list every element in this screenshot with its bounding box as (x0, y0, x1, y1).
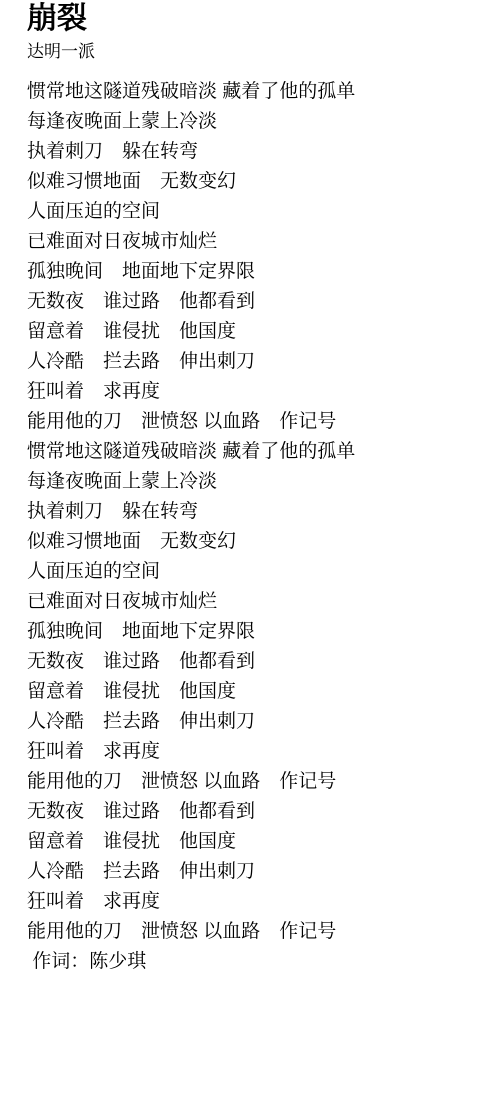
lyric-line: 惯常地这隧道残破暗淡 藏着了他的孤单 (27, 437, 482, 467)
artist-name: 达明一派 (27, 42, 482, 62)
lyric-line: 无数夜 谁过路 他都看到 (27, 647, 482, 677)
song-title: 崩裂 (27, 3, 482, 35)
lyric-line: 人面压迫的空间 (27, 557, 482, 587)
lyric-line: 能用他的刀 泄愤怒 以血路 作记号 (27, 917, 482, 947)
lyric-line: 能用他的刀 泄愤怒 以血路 作记号 (27, 767, 482, 797)
lyric-line: 无数夜 谁过路 他都看到 (27, 797, 482, 827)
lyric-line: 似难习惯地面 无数变幻 (27, 527, 482, 557)
lyric-line: 似难习惯地面 无数变幻 (27, 167, 482, 197)
lyric-line: 狂叫着 求再度 (27, 737, 482, 767)
lyric-line: 已难面对日夜城市灿烂 (27, 227, 482, 257)
lyric-line: 狂叫着 求再度 (27, 887, 482, 917)
lyric-line: 执着刺刀 躲在转弯 (27, 497, 482, 527)
lyric-line: 孤独晚间 地面地下定界限 (27, 257, 482, 287)
lyric-line: 每逢夜晚面上蒙上冷淡 (27, 467, 482, 497)
lyric-line: 留意着 谁侵扰 他国度 (27, 827, 482, 857)
lyric-line: 孤独晚间 地面地下定界限 (27, 617, 482, 647)
lyric-line: 人冷酷 拦去路 伸出刺刀 (27, 707, 482, 737)
credit-line: 作词：陈少琪 (27, 947, 482, 977)
lyric-line: 惯常地这隧道残破暗淡 藏着了他的孤单 (27, 77, 482, 107)
lyric-line: 狂叫着 求再度 (27, 377, 482, 407)
lyric-line: 留意着 谁侵扰 他国度 (27, 317, 482, 347)
lyric-line: 人面压迫的空间 (27, 197, 482, 227)
lyrics-page: 崩裂 达明一派 惯常地这隧道残破暗淡 藏着了他的孤单每逢夜晚面上蒙上冷淡执着刺刀… (0, 0, 500, 977)
lyric-line: 能用他的刀 泄愤怒 以血路 作记号 (27, 407, 482, 437)
lyric-line: 人冷酷 拦去路 伸出刺刀 (27, 857, 482, 887)
lyric-line: 每逢夜晚面上蒙上冷淡 (27, 107, 482, 137)
lyric-line: 已难面对日夜城市灿烂 (27, 587, 482, 617)
lyric-line: 无数夜 谁过路 他都看到 (27, 287, 482, 317)
lyric-line: 执着刺刀 躲在转弯 (27, 137, 482, 167)
lyrics-block: 惯常地这隧道残破暗淡 藏着了他的孤单每逢夜晚面上蒙上冷淡执着刺刀 躲在转弯似难习… (27, 77, 482, 947)
lyric-line: 留意着 谁侵扰 他国度 (27, 677, 482, 707)
lyric-line: 人冷酷 拦去路 伸出刺刀 (27, 347, 482, 377)
